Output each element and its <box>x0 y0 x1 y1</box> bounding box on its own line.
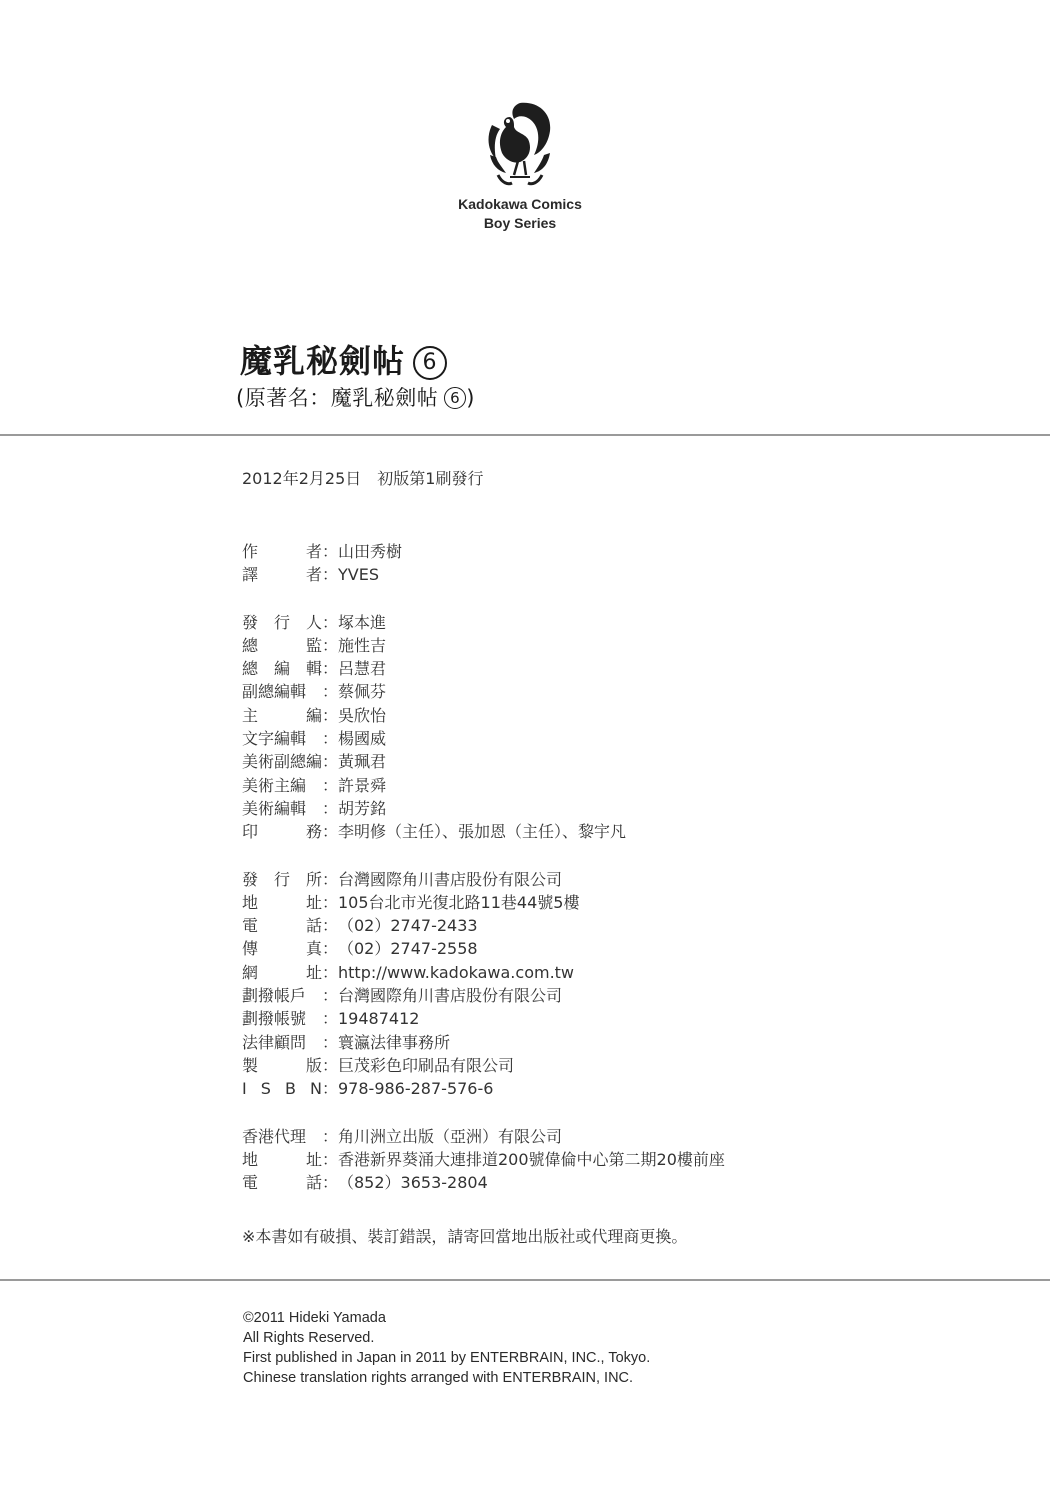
credit-row: 製版：巨茂彩色印刷品有限公司 <box>242 1054 725 1077</box>
credit-row: 劃撥帳號：19487412 <box>242 1007 725 1030</box>
credit-label-char: 地 <box>242 891 258 914</box>
credit-row: 地址：香港新界葵涌大連排道200號偉倫中心第二期20樓前座 <box>242 1148 725 1171</box>
credit-row: 發行所：台灣國際角川書店股份有限公司 <box>242 868 725 891</box>
credit-label-char: 行 <box>274 611 290 634</box>
credit-label-char: 譯 <box>242 563 258 586</box>
credit-value: 台灣國際角川書店股份有限公司 <box>338 868 562 891</box>
separator: ： <box>322 657 338 680</box>
credit-label: 劃撥帳戶 <box>242 984 322 1007</box>
separator: ： <box>322 1054 338 1077</box>
credit-row: 總監：施性吉 <box>242 634 725 657</box>
separator: ： <box>322 1148 338 1171</box>
book-title-text: 魔乳秘劍帖 <box>240 342 405 380</box>
credit-row: 副總編輯：蔡佩芬 <box>242 680 725 703</box>
phoenix-icon <box>480 95 560 195</box>
credit-label: 印務 <box>242 820 322 843</box>
credit-row: 法律顧問：寰瀛法律事務所 <box>242 1031 725 1054</box>
series-line-2: Boy Series <box>420 214 620 233</box>
credit-label-char: 美術主編 <box>242 774 306 797</box>
separator: ： <box>322 797 338 820</box>
credit-row: 美術副總編：黃珮君 <box>242 750 725 773</box>
credit-value: 香港新界葵涌大連排道200號偉倫中心第二期20樓前座 <box>338 1148 725 1171</box>
credit-label-char: 地 <box>242 1148 258 1171</box>
credit-value: 19487412 <box>338 1007 419 1030</box>
credit-label-char: 址 <box>306 961 322 984</box>
credit-label-char: 香港代理 <box>242 1125 306 1148</box>
credit-label: 電話 <box>242 914 322 937</box>
credit-row: 香港代理：角川洲立出版（亞洲）有限公司 <box>242 1125 725 1148</box>
separator: ： <box>322 727 338 750</box>
credit-row: 印務：李明修（主任）、張加恩（主任）、黎宇凡 <box>242 820 725 843</box>
credit-label: 副總編輯 <box>242 680 322 703</box>
credit-row: 電話：（02）2747-2433 <box>242 914 725 937</box>
series-line-1: Kadokawa Comics <box>420 195 620 214</box>
separator: ： <box>322 961 338 984</box>
credit-label-char: 址 <box>306 1148 322 1171</box>
credit-value: 呂慧君 <box>338 657 386 680</box>
credit-label-char: 發 <box>242 868 258 891</box>
credit-label: 傳真 <box>242 937 322 960</box>
credit-label: 總監 <box>242 634 322 657</box>
separator: ： <box>322 540 338 563</box>
credit-label-char: 作 <box>242 540 258 563</box>
volume-number: 6 <box>413 346 447 380</box>
credit-label: 電話 <box>242 1171 322 1194</box>
credit-label-char: 副總編輯 <box>242 680 306 703</box>
credit-value: 台灣國際角川書店股份有限公司 <box>338 984 562 1007</box>
book-title: 魔乳秘劍帖6 <box>240 336 447 382</box>
credit-label-char: 所 <box>306 868 322 891</box>
separator: ： <box>322 1125 338 1148</box>
credit-label-char: 網 <box>242 961 258 984</box>
credit-value: （02）2747-2433 <box>338 914 478 937</box>
credit-row: 文字編輯：楊國威 <box>242 727 725 750</box>
credit-label-char: 者 <box>306 540 322 563</box>
separator: ： <box>322 774 338 797</box>
credit-label: 主編 <box>242 704 322 727</box>
credit-label: 製版 <box>242 1054 322 1077</box>
section-gap <box>242 844 725 868</box>
credit-value: http://www.kadokawa.com.tw <box>338 961 574 984</box>
credit-label-char: 劃撥帳號 <box>242 1007 306 1030</box>
separator: ： <box>322 820 338 843</box>
credit-label: 地址 <box>242 1148 322 1171</box>
credit-label: 劃撥帳號 <box>242 1007 322 1030</box>
separator: ： <box>322 1171 338 1194</box>
credit-value: （02）2747-2558 <box>338 937 478 960</box>
separator: ： <box>322 937 338 960</box>
credit-label: 發行所 <box>242 868 322 891</box>
credit-label-char: B <box>285 1077 296 1100</box>
credits-list: 作者：山田秀樹譯者：YVES發行人：塚本進總監：施性吉總編輯：呂慧君副總編輯：蔡… <box>242 540 725 1194</box>
credit-label-char: 務 <box>306 820 322 843</box>
credit-label-char: 話 <box>306 1171 322 1194</box>
credit-label: 香港代理 <box>242 1125 322 1148</box>
credit-label-char: 法律顧問 <box>242 1031 306 1054</box>
section-gap <box>242 1101 725 1125</box>
separator: ： <box>322 1077 338 1100</box>
credit-row: 劃撥帳戶：台灣國際角川書店股份有限公司 <box>242 984 725 1007</box>
original-volume-number: 6 <box>444 387 466 409</box>
credit-value: 吳欣怡 <box>338 704 386 727</box>
credit-label: 發行人 <box>242 611 322 634</box>
credit-label-char: 製 <box>242 1054 258 1077</box>
credit-row: 網址：http://www.kadokawa.com.tw <box>242 961 725 984</box>
credit-row: 總編輯：呂慧君 <box>242 657 725 680</box>
credit-value: 許景舜 <box>338 774 386 797</box>
credit-label: 網址 <box>242 961 322 984</box>
separator: ： <box>322 891 338 914</box>
copyright-line: ©2011 Hideki Yamada <box>243 1308 650 1328</box>
section-gap <box>242 587 725 611</box>
credit-label-char: 主 <box>242 704 258 727</box>
credit-row: 發行人：塚本進 <box>242 611 725 634</box>
copyright-line: First published in Japan in 2011 by ENTE… <box>243 1348 650 1368</box>
credit-label-char: 文字編輯 <box>242 727 306 750</box>
copyright-line: All Rights Reserved. <box>243 1328 650 1348</box>
credit-label: 美術編輯 <box>242 797 322 820</box>
credit-label-char: 發 <box>242 611 258 634</box>
separator: ： <box>322 634 338 657</box>
separator: ： <box>322 1007 338 1030</box>
credit-label-char: 編 <box>306 704 322 727</box>
separator: ： <box>322 1031 338 1054</box>
credit-row: 電話：（852）3653-2804 <box>242 1171 725 1194</box>
separator: ： <box>322 680 338 703</box>
divider-top <box>0 434 1050 436</box>
credit-value: 蔡佩芬 <box>338 680 386 703</box>
credit-row: 美術主編：許景舜 <box>242 774 725 797</box>
credit-label-char: 總 <box>242 634 258 657</box>
credit-value: 塚本進 <box>338 611 386 634</box>
credit-label: ISBN <box>242 1077 322 1100</box>
credit-label-char: 美術副總編 <box>242 750 322 773</box>
original-title-prefix: (原著名：魔乳秘劍帖 <box>236 386 438 410</box>
credit-label: 作者 <box>242 540 322 563</box>
credit-value: 楊國威 <box>338 727 386 750</box>
credit-label-char: S <box>261 1077 271 1100</box>
credit-row: 傳真：（02）2747-2558 <box>242 937 725 960</box>
credit-row: 譯者：YVES <box>242 563 725 586</box>
separator: ： <box>322 704 338 727</box>
credit-value: 巨茂彩色印刷品有限公司 <box>338 1054 514 1077</box>
credit-value: 寰瀛法律事務所 <box>338 1031 450 1054</box>
credit-label-char: 劃撥帳戶 <box>242 984 306 1007</box>
separator: ： <box>322 611 338 634</box>
credit-value: 105台北市光復北路11巷44號5樓 <box>338 891 579 914</box>
credit-label-char: 編 <box>274 657 290 680</box>
divider-bottom <box>0 1279 1050 1281</box>
credit-label: 地址 <box>242 891 322 914</box>
credit-row: 美術編輯：胡芳銘 <box>242 797 725 820</box>
credit-row: 主編：吳欣怡 <box>242 704 725 727</box>
credit-value: 胡芳銘 <box>338 797 386 820</box>
credit-label-char: 傳 <box>242 937 258 960</box>
credit-value: 李明修（主任）、張加恩（主任）、黎宇凡 <box>338 820 626 843</box>
credit-label-char: 美術編輯 <box>242 797 306 820</box>
credit-label-char: 版 <box>306 1054 322 1077</box>
separator: ： <box>322 984 338 1007</box>
credit-row: ISBN：978-986-287-576-6 <box>242 1077 725 1100</box>
credit-label-char: 址 <box>306 891 322 914</box>
credit-value: （852）3653-2804 <box>338 1171 488 1194</box>
copyright-line: Chinese translation rights arranged with… <box>243 1368 650 1388</box>
credit-label-char: 者 <box>306 563 322 586</box>
credit-value: 山田秀樹 <box>338 540 402 563</box>
separator: ： <box>322 563 338 586</box>
credit-value: YVES <box>338 563 379 586</box>
return-notice: ※本書如有破損、裝訂錯誤，請寄回當地出版社或代理商更換。 <box>242 1224 687 1247</box>
separator: ： <box>322 868 338 891</box>
credit-value: 角川洲立出版（亞洲）有限公司 <box>338 1125 562 1148</box>
separator: ： <box>322 750 338 773</box>
credit-label-char: 電 <box>242 914 258 937</box>
publisher-logo: Kadokawa Comics Boy Series <box>420 95 620 233</box>
credit-value: 施性吉 <box>338 634 386 657</box>
credit-label-char: 人 <box>306 611 322 634</box>
credit-label-char: 監 <box>306 634 322 657</box>
credit-value: 黃珮君 <box>338 750 386 773</box>
copyright-block: ©2011 Hideki Yamada All Rights Reserved.… <box>243 1308 650 1388</box>
credit-label-char: 行 <box>274 868 290 891</box>
credit-label-char: I <box>242 1077 247 1100</box>
credit-row: 地址：105台北市光復北路11巷44號5樓 <box>242 891 725 914</box>
separator: ： <box>322 914 338 937</box>
credit-value: 978-986-287-576-6 <box>338 1077 493 1100</box>
edition-line: 2012年2月25日 初版第1刷發行 <box>242 466 483 489</box>
credit-label: 文字編輯 <box>242 727 322 750</box>
credit-label-char: 電 <box>242 1171 258 1194</box>
credit-label: 美術副總編 <box>242 750 322 773</box>
original-title-suffix: ) <box>466 386 475 410</box>
credit-label: 美術主編 <box>242 774 322 797</box>
credit-label: 譯者 <box>242 563 322 586</box>
credit-label-char: N <box>310 1077 322 1100</box>
credit-label-char: 印 <box>242 820 258 843</box>
credit-label-char: 輯 <box>306 657 322 680</box>
credit-label: 法律顧問 <box>242 1031 322 1054</box>
credit-label-char: 話 <box>306 914 322 937</box>
credit-label-char: 總 <box>242 657 258 680</box>
credit-row: 作者：山田秀樹 <box>242 540 725 563</box>
original-title: (原著名：魔乳秘劍帖6) <box>236 382 475 412</box>
credit-label-char: 真 <box>306 937 322 960</box>
credit-label: 總編輯 <box>242 657 322 680</box>
